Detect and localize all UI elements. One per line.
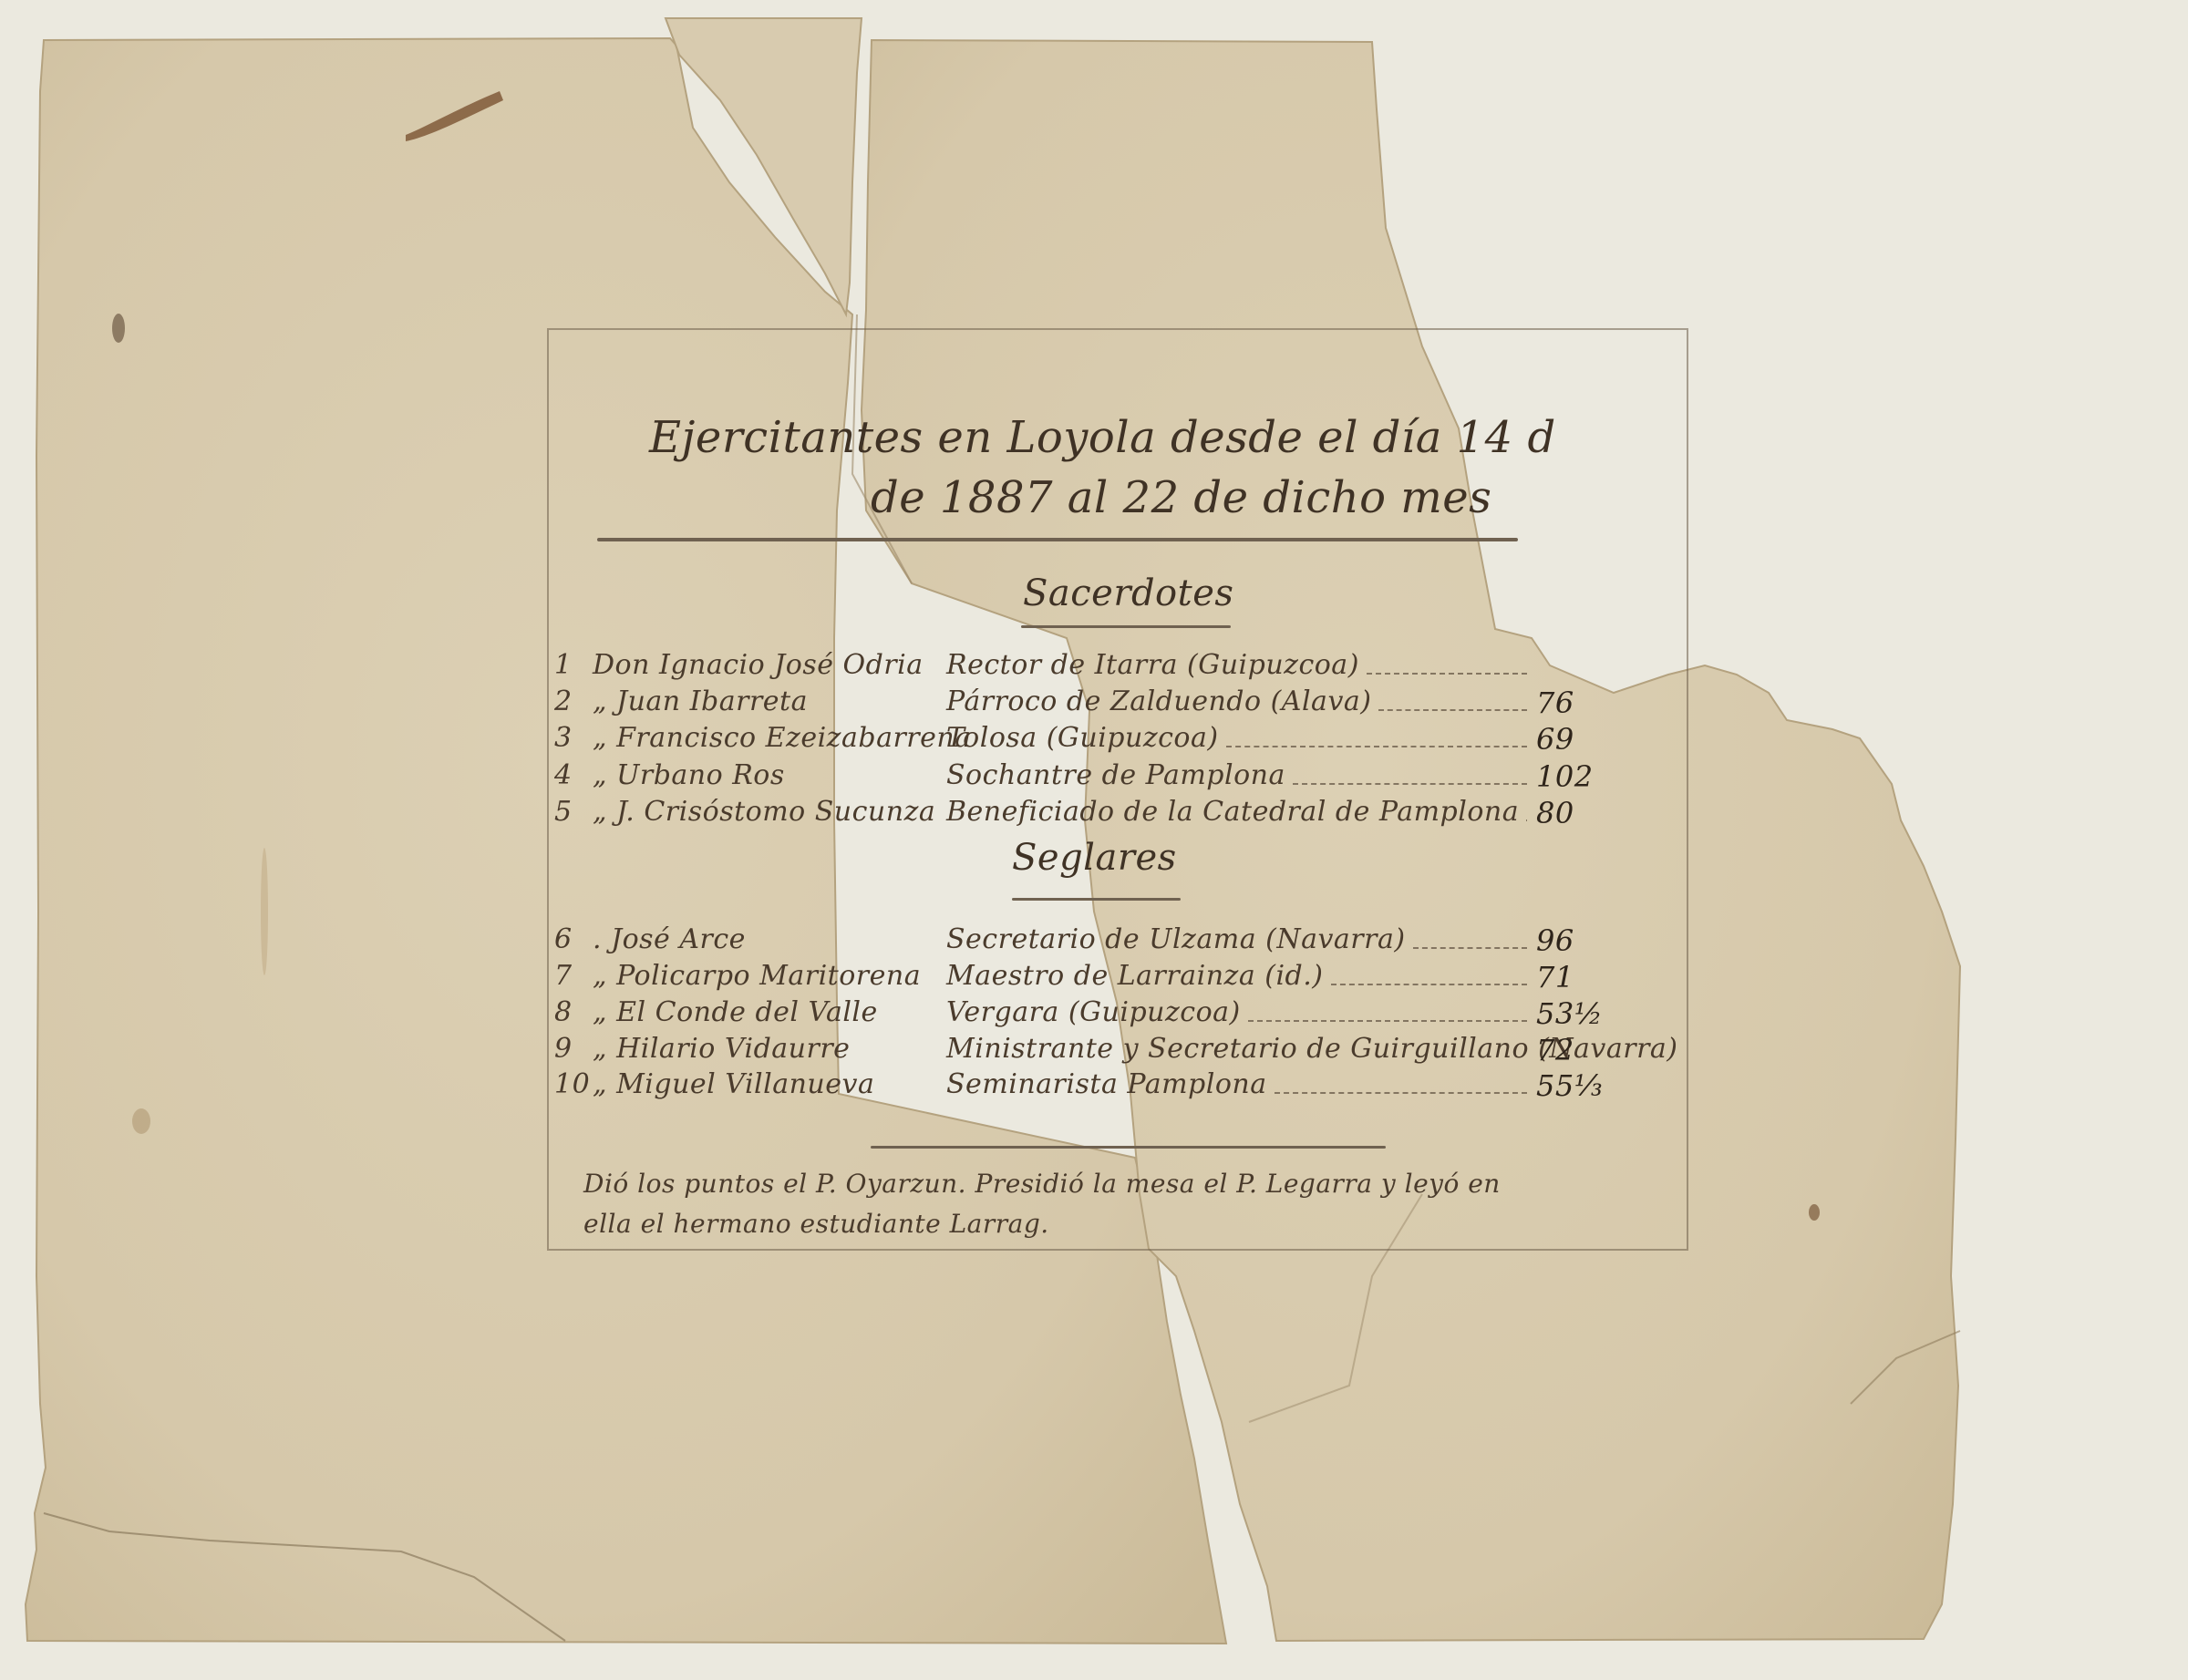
roster-row: 10„ Miguel VillanuevaSeminarista Pamplon… xyxy=(554,1068,1639,1105)
roster-row: 5„ J. Crisóstomo SucunzaBeneficiado de l… xyxy=(554,796,1639,832)
person-name: „ Miguel Villanueva xyxy=(593,1068,874,1100)
row-value: 102 xyxy=(1536,759,1594,794)
roster-row: 4„ Urbano RosSochantre de Pamplona102 xyxy=(554,759,1639,796)
row-number: 2 xyxy=(554,685,573,717)
dotted-leader xyxy=(1367,673,1527,675)
row-number: 7 xyxy=(554,960,573,992)
row-number: 10 xyxy=(554,1068,590,1100)
dotted-leader xyxy=(1248,1020,1527,1022)
section-heading-sacerdotes: Sacerdotes xyxy=(1023,572,1233,614)
person-role: Seminarista Pamplona xyxy=(946,1068,1267,1100)
section-rule-sacerdotes xyxy=(1021,625,1231,628)
roster-row: 3„ Francisco EzeizabarrenaTolosa (Guipuz… xyxy=(554,722,1639,758)
roster-row: 1Don Ignacio José OdriaRector de Itarra … xyxy=(554,649,1639,685)
person-name: . José Arce xyxy=(593,923,746,955)
row-number: 4 xyxy=(554,759,573,791)
row-value: 71 xyxy=(1536,960,1574,995)
dotted-leader xyxy=(1526,819,1527,821)
title-rule xyxy=(597,538,1518,541)
footer-rule xyxy=(871,1146,1386,1149)
roster-row: 8„ El Conde del ValleVergara (Guipuzcoa)… xyxy=(554,996,1639,1033)
row-value: 69 xyxy=(1536,722,1574,757)
row-value: 80 xyxy=(1536,796,1574,830)
dotted-leader xyxy=(1226,746,1527,747)
dotted-leader xyxy=(1378,709,1527,711)
person-role: Secretario de Ulzama (Navarra) xyxy=(946,923,1406,955)
person-name: „ Francisco Ezeizabarrena xyxy=(593,722,972,754)
footnote-line-2: ella el hermano estudiante Larrag. xyxy=(583,1209,1049,1239)
person-role: Vergara (Guipuzcoa) xyxy=(946,996,1241,1028)
person-name: „ Policarpo Maritorena xyxy=(593,960,921,992)
person-role: Tolosa (Guipuzcoa) xyxy=(946,722,1219,754)
section-rule-seglares xyxy=(1012,898,1181,901)
footnote-line-1: Dió los puntos el P. Oyarzun. Presidió l… xyxy=(583,1169,1501,1199)
row-value: 96 xyxy=(1536,923,1574,958)
person-role: Sochantre de Pamplona xyxy=(946,759,1285,791)
person-role: Maestro de Larrainza (id.) xyxy=(946,960,1324,992)
roster-row: 6. José ArceSecretario de Ulzama (Navarr… xyxy=(554,923,1639,960)
person-name: „ Urbano Ros xyxy=(593,759,785,791)
row-value: 76 xyxy=(1536,685,1574,720)
row-value: 72 xyxy=(1536,1033,1574,1067)
row-number: 6 xyxy=(554,923,573,955)
row-number: 1 xyxy=(554,649,573,681)
dotted-leader xyxy=(1413,947,1527,949)
row-number: 5 xyxy=(554,796,573,828)
section-heading-seglares: Seglares xyxy=(1012,837,1177,879)
row-value: 55⅓ xyxy=(1536,1068,1603,1103)
row-number: 9 xyxy=(554,1033,573,1065)
person-role: Beneficiado de la Catedral de Pamplona xyxy=(946,796,1519,828)
person-name: „ Hilario Vidaurre xyxy=(593,1033,850,1065)
document-title-line-2: de 1887 al 22 de dicho mes xyxy=(871,472,1491,523)
row-value: 53½ xyxy=(1536,996,1603,1031)
person-name: „ El Conde del Valle xyxy=(593,996,878,1028)
roster-row: 9„ Hilario VidaurreMinistrante y Secreta… xyxy=(554,1033,1639,1069)
dotted-leader xyxy=(1293,783,1527,785)
dotted-leader xyxy=(1275,1092,1527,1094)
dotted-leader xyxy=(1331,984,1527,985)
person-name: Don Ignacio José Odria xyxy=(593,649,924,681)
row-number: 8 xyxy=(554,996,573,1028)
person-name: „ Juan Ibarreta xyxy=(593,685,808,717)
person-role: Párroco de Zalduendo (Alava) xyxy=(946,685,1371,717)
person-role: Rector de Itarra (Guipuzcoa) xyxy=(946,649,1359,681)
row-number: 3 xyxy=(554,722,573,754)
roster-row: 7„ Policarpo MaritorenaMaestro de Larrai… xyxy=(554,960,1639,996)
person-name: „ J. Crisóstomo Sucunza xyxy=(593,796,935,828)
roster-row: 2„ Juan IbarretaPárroco de Zalduendo (Al… xyxy=(554,685,1639,722)
document-title-line-1: Ejercitantes en Loyola desde el día 14 d xyxy=(649,412,1556,463)
